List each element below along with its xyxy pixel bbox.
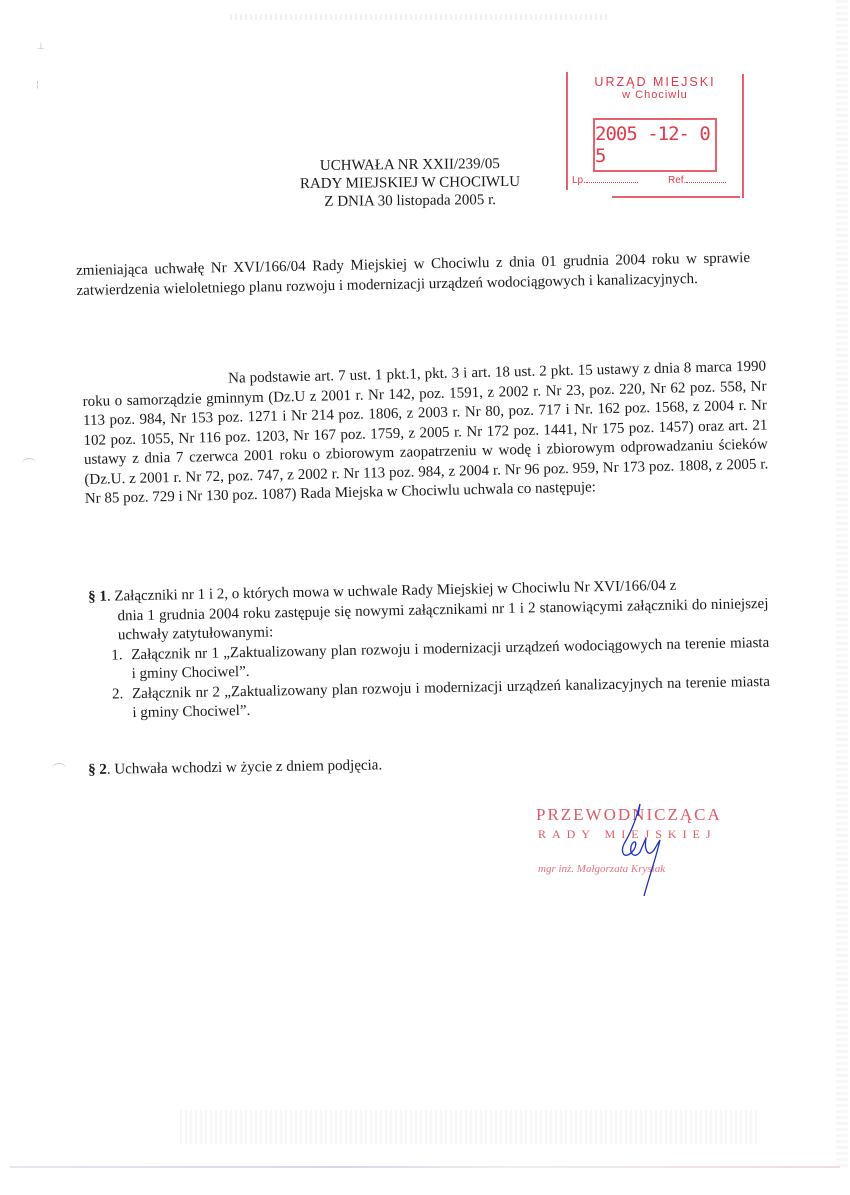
section-2-text: . Uchwała wchodzi w życie z dniem podjęc… — [107, 757, 383, 777]
section-1: § 1. Załączniki nr 1 i 2, o których mowa… — [88, 575, 770, 725]
stamp-office-name: URZĄD MIEJSKI — [566, 75, 744, 89]
section-2-symbol: § 2 — [88, 762, 107, 778]
resolution-heading: UCHWAŁA NR XXII/239/05 RADY MIEJSKIEJ W … — [270, 155, 551, 212]
scan-artifact-page-edge — [10, 1166, 840, 1168]
stamp-date: 2005 -12- 0 5 — [595, 123, 715, 167]
attachment-list: 1. Załącznik nr 1 „Zaktualizowany plan r… — [89, 633, 770, 724]
legal-basis-paragraph: Na podstawie art. 7 ust. 1 pkt.1, pkt. 3… — [82, 357, 769, 509]
resolution-issuer: RADY MIEJSKIEJ W CHOCIWLU — [270, 173, 550, 194]
stamp-lp-field: Lp. — [572, 174, 638, 186]
stamp-border-bottom — [612, 196, 740, 198]
handwritten-signature-icon — [610, 800, 670, 900]
received-stamp: URZĄD MIEJSKI w Chociwlu 2005 -12- 0 5 L… — [566, 72, 744, 198]
resolution-date: Z DNIA 30 listopada 2005 r. — [270, 191, 550, 212]
stamp-lp-label: Lp. — [572, 175, 586, 186]
scan-speck: ¦ — [36, 80, 39, 90]
attachment-number: 2. — [112, 685, 133, 724]
section-1-symbol: § 1 — [88, 589, 107, 605]
punch-hole-mark — [22, 458, 36, 469]
stamp-ref-field: Ref. — [668, 174, 726, 186]
legal-basis-text: Na podstawie art. 7 ust. 1 pkt.1, pkt. 3… — [82, 358, 768, 506]
scan-artifact-top — [230, 14, 610, 20]
stamp-town: w Chociwlu — [566, 89, 744, 101]
resolution-subject: zmieniająca uchwałę Nr XVI/166/04 Rady M… — [76, 249, 751, 301]
stamp-date-box: 2005 -12- 0 5 — [593, 118, 717, 172]
scan-speck: ⊥ — [37, 42, 45, 52]
scan-artifact-right-edge — [836, 0, 848, 1170]
section-2: § 2. Uchwała wchodzi w życie z dniem pod… — [88, 757, 382, 779]
attachment-number: 1. — [111, 646, 132, 685]
scanned-document-page: ⊥ ¦ URZĄD MIEJSKI w Chociwlu 2005 -12- 0… — [0, 0, 850, 1195]
stamp-ref-label: Ref. — [668, 175, 686, 186]
scan-artifact-bottom — [180, 1110, 760, 1144]
punch-hole-mark — [52, 763, 66, 774]
